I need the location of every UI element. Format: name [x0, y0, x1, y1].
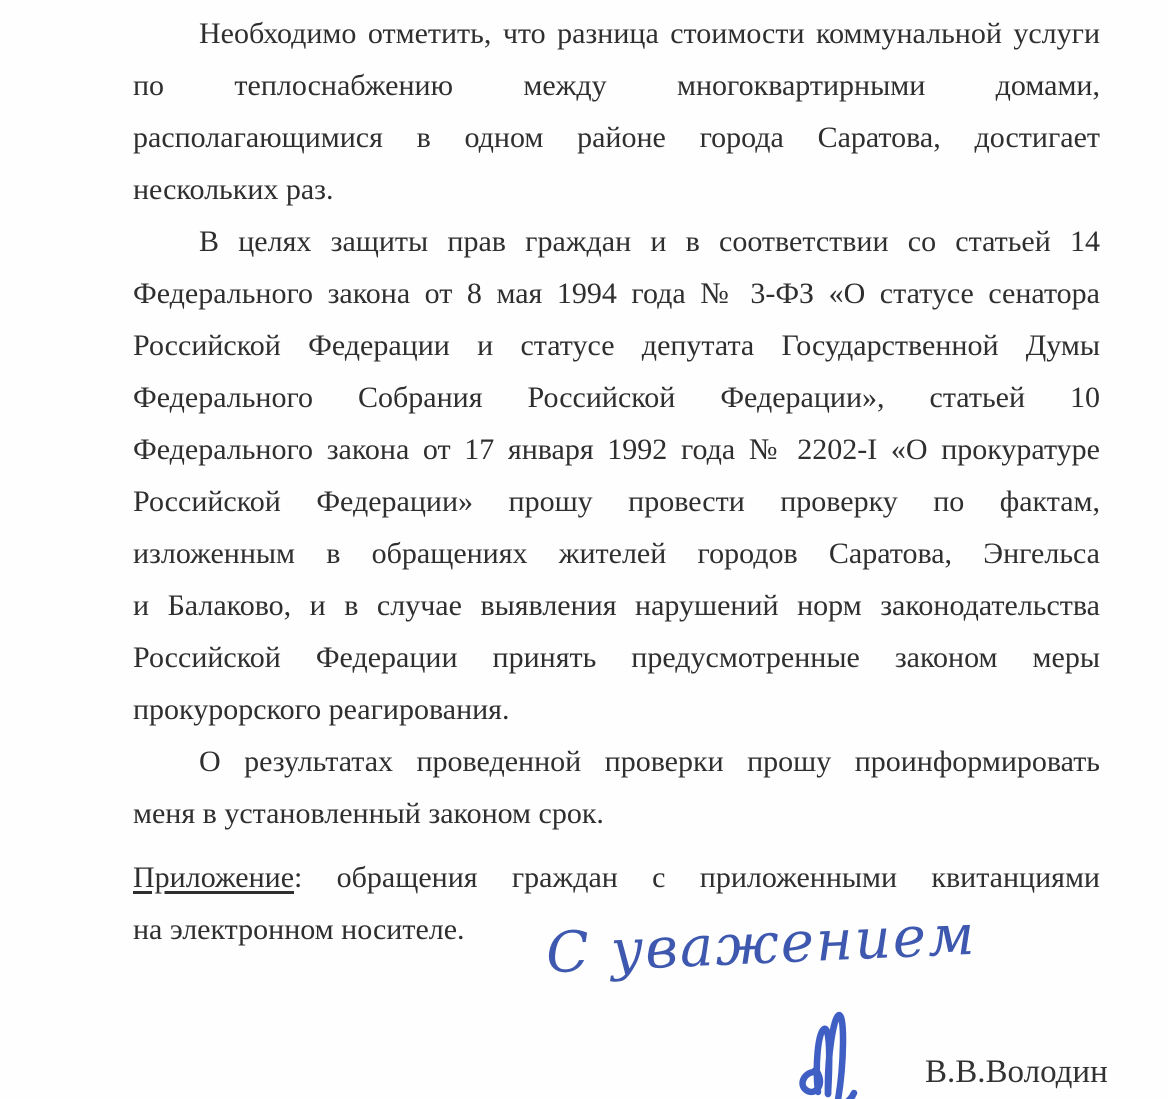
paragraph-line: прокурорского реагирования. [133, 684, 1100, 736]
attachment-line: Приложение: обращения граждан с приложен… [133, 852, 1100, 904]
letter-body: Необходимо отметить, что разница стоимос… [133, 8, 1100, 956]
paragraph-line: меня в установленный законом срок. [133, 788, 1100, 840]
paragraph-line: Федерального закона от 17 января 1992 го… [133, 424, 1100, 476]
paragraph-line: Федерального Собрания Российской Федерац… [133, 372, 1100, 424]
paragraph-line: располагающимися в одном районе города С… [133, 112, 1100, 164]
signer-name: В.В.Володин [925, 1052, 1108, 1092]
paragraph-line: В целях защиты прав граждан и в соответс… [133, 216, 1100, 268]
paragraph-line: Российской Федерации» прошу провести про… [133, 476, 1100, 528]
paragraph-line: и Балаково, и в случае выявления нарушен… [133, 580, 1100, 632]
paragraph-line: Необходимо отметить, что разница стоимос… [133, 8, 1100, 60]
attachment-text: : обращения граждан с приложенными квита… [294, 861, 1100, 894]
paragraph-line: изложенным в обращениях жителей городов … [133, 528, 1100, 580]
paragraph-line: О результатах проведенной проверки прошу… [133, 736, 1100, 788]
paragraph-line: нескольких раз. [133, 164, 1100, 216]
paragraph-line: Федерального закона от 8 мая 1994 года №… [133, 268, 1100, 320]
letter-page: Необходимо отметить, что разница стоимос… [0, 0, 1168, 1099]
signature-mark [792, 1008, 902, 1099]
paragraph-line: Российской Федерации принять предусмотре… [133, 632, 1100, 684]
paragraph-line: Российской Федерации и статусе депутата … [133, 320, 1100, 372]
attachment-label: Приложение [133, 861, 294, 894]
paragraph-line: по теплоснабжению между многоквартирными… [133, 60, 1100, 112]
